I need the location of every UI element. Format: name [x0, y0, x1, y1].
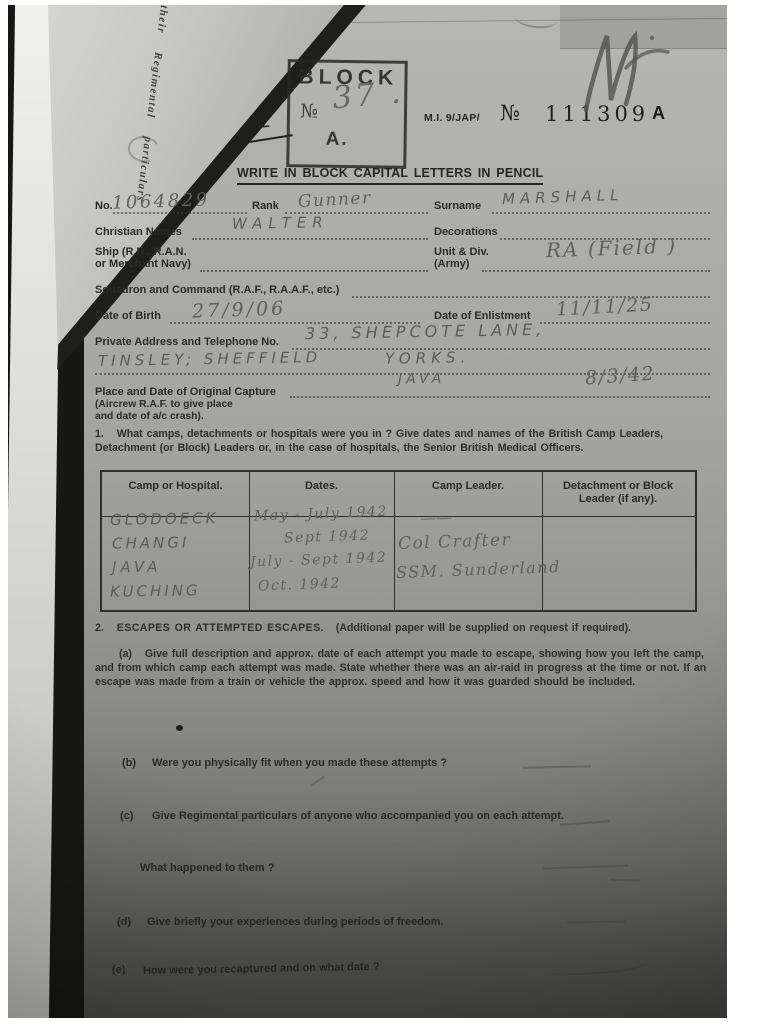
- squadron-line: [352, 296, 710, 298]
- question-2e-label: (e): [112, 964, 126, 976]
- unit-label-line1: Unit & Div.: [434, 246, 489, 258]
- camp-dates: Sept 1942: [284, 528, 371, 547]
- question-2c-label: (c): [120, 810, 133, 822]
- camp-dates: May - July 1942: [254, 504, 388, 525]
- pencil-dot-mark: [176, 725, 183, 731]
- enlistment-line: [540, 322, 710, 324]
- scan-frame: [0, 1018, 772, 1024]
- capture-sublabel-line2: and date of a/c crash).: [95, 411, 204, 422]
- camp-dates: July - Sept 1942: [250, 550, 388, 571]
- handwritten-block-number: 37 .: [331, 74, 405, 116]
- stamp-block-letter: A.: [325, 129, 348, 151]
- capture-line: [290, 396, 710, 398]
- surname-label: Surname: [434, 200, 481, 212]
- question-1-number: 1.: [95, 428, 104, 440]
- capture-place-value: JAVA: [398, 371, 445, 388]
- ship-label-line2: or Merchant Navy): [95, 258, 191, 270]
- service-no-label: No.: [95, 200, 113, 212]
- question-2-title: ESCAPES OR ATTEMPTED ESCAPES.: [117, 622, 324, 634]
- table-header-detachment: Detachment or Block Leader (if any).: [542, 480, 694, 506]
- ship-line: [200, 270, 428, 272]
- camp-leader: SSM. Sunderland: [396, 557, 561, 582]
- capture-sublabel-line1: (Aircrew R.A.F. to give place: [95, 399, 233, 410]
- form-reference: M.I. 9/JAP/: [424, 112, 480, 124]
- question-2c-followup: What happened to them ?: [140, 862, 274, 874]
- camp-row: JAVA: [112, 558, 162, 577]
- surname-line: [492, 212, 710, 214]
- pencil-initials-mark: [580, 28, 680, 118]
- question-2d-text: Give briefly your experiences during per…: [147, 916, 443, 928]
- address-line1: [292, 348, 710, 350]
- question-2d-label: (d): [117, 916, 131, 928]
- serial-no-symbol: №: [500, 101, 520, 125]
- capture-label: Place and Date of Original Capture: [95, 386, 276, 398]
- camp-row: CHANGI: [112, 533, 190, 552]
- question-2c-text: Give Regimental particulars of anyone wh…: [152, 810, 564, 822]
- unit-value: RA (Field ): [546, 234, 678, 263]
- address-label: Private Address and Telephone No.: [95, 336, 279, 348]
- date-of-birth-value: 27/9/06: [192, 297, 287, 322]
- rank-label: Rank: [252, 200, 279, 212]
- address-value-line2b: YORKS.: [385, 348, 471, 367]
- service-no-value: 1064829: [112, 189, 210, 213]
- instruction-heading: WRITE IN BLOCK CAPITAL LETTERS IN PENCIL: [237, 164, 543, 185]
- decorations-label: Decorations: [434, 226, 498, 238]
- question-1-text: What camps, detachments or hospitals wer…: [95, 428, 663, 454]
- question-2b-label: (b): [122, 757, 136, 769]
- question-2-heading: 2. ESCAPES OR ATTEMPTED ESCAPES. (Additi…: [95, 622, 723, 636]
- rank-value: Gunner: [298, 188, 373, 212]
- scan-frame: [0, 0, 8, 1024]
- question-2-note: (Additional paper will be supplied on re…: [336, 622, 631, 634]
- christian-names-label: Christian Names: [95, 226, 182, 238]
- question-2-number: 2.: [95, 622, 104, 634]
- question-2a-text: Give full description and approx. date o…: [95, 648, 706, 688]
- camp-dates: Oct. 1942: [258, 576, 341, 595]
- question-2b-text: Were you physically fit when you made th…: [152, 757, 447, 769]
- camp-leader: Col Crafter: [398, 530, 512, 554]
- unit-line: [482, 270, 710, 272]
- camp-row: GLODOECK: [110, 509, 219, 529]
- christian-names-value: WALTER: [232, 213, 329, 233]
- camps-table: Camp or Hospital. Dates. Camp Leader. De…: [100, 470, 697, 612]
- block-number-stamp: BLOCK № A. 37 .: [286, 59, 407, 169]
- scan-frame: [0, 0, 772, 5]
- table-header-leader: Camp Leader.: [394, 480, 542, 493]
- squadron-label: Squadron and Command (R.A.F., R.A.A.F., …: [95, 284, 339, 296]
- question-1: 1. What camps, detachments or hospitals …: [95, 428, 720, 456]
- table-header-camp: Camp or Hospital.: [102, 480, 249, 493]
- scan-frame: [727, 0, 772, 1024]
- scanned-pow-form-photo: TIAL their Regimental particulars BLOCK …: [0, 0, 772, 1024]
- question-2a-label: (a): [119, 648, 132, 660]
- date-of-birth-label: Date of Birth: [95, 310, 161, 322]
- ship-label-line1: Ship (R.N., R.A.N.: [95, 246, 187, 258]
- table-header-dates: Dates.: [249, 480, 394, 493]
- camp-row: KUCHING: [110, 581, 201, 601]
- stamp-no-symbol: №: [300, 100, 318, 122]
- camp-leader-dash: ——: [420, 507, 453, 527]
- question-2a: (a) Give full description and approx. da…: [95, 648, 723, 689]
- christian-names-line: [192, 238, 428, 240]
- unit-label-line2: (Army): [434, 258, 469, 270]
